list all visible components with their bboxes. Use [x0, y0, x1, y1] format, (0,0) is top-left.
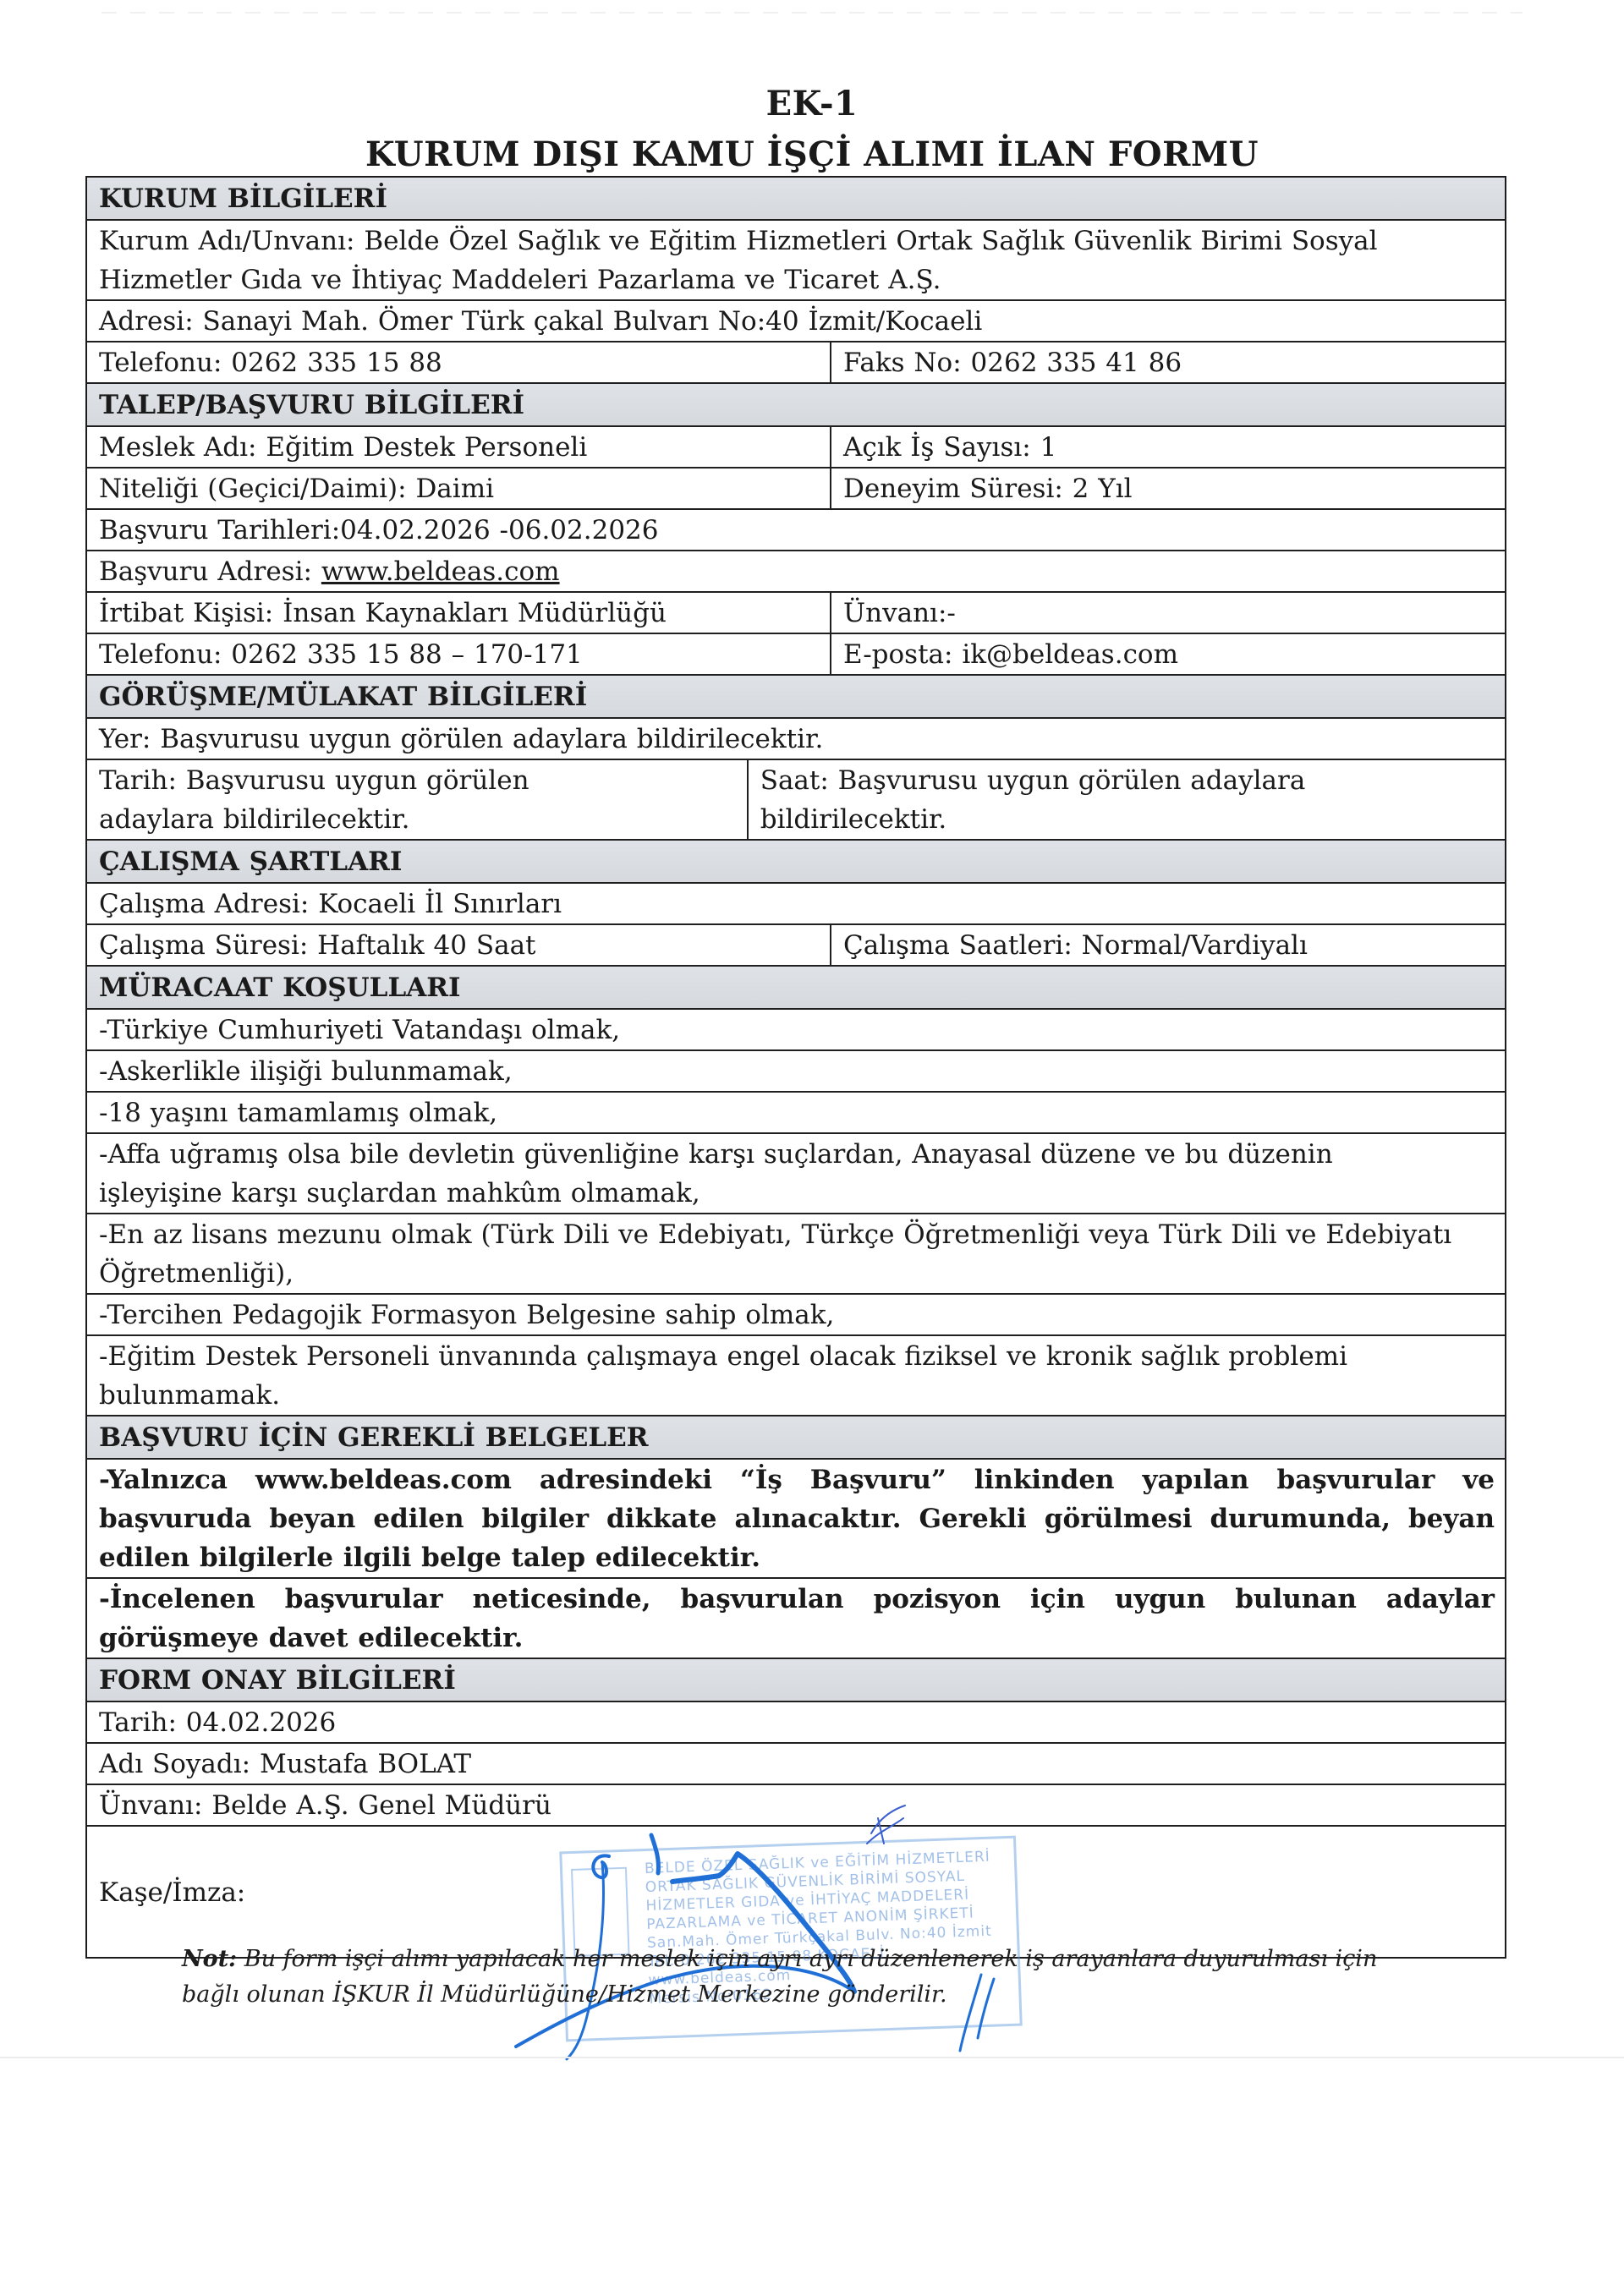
institution-address: Adresi: Sanayi Mah. Ömer Türk çakal Bulv… [87, 301, 1505, 341]
contact-phone: Telefonu: 0262 335 15 88 – 170-171 [87, 634, 831, 674]
work-duration: Çalışma Süresi: Haftalık 40 Saat [87, 925, 831, 965]
talep-occupation-row: Meslek Adı: Eğitim Destek Personeli Açık… [87, 425, 1505, 467]
talep-address-row: Başvuru Adresi: www.beldeas.com [87, 550, 1505, 591]
section-gorusme-header: GÖRÜŞME/MÜLAKAT BİLGİLERİ [87, 674, 1505, 717]
application-dates: Başvuru Tarihleri:04.02.2026 -06.02.2026 [87, 510, 1505, 550]
section-header: GÖRÜŞME/MÜLAKAT BİLGİLERİ [87, 676, 1505, 717]
section-header: MÜRACAAT KOŞULLARI [87, 967, 1505, 1008]
page-bottom-rule [0, 2057, 1624, 2058]
requirement-row: -Affa uğramış olsa bile devletin güvenli… [87, 1132, 1505, 1213]
section-header: TALEP/BAŞVURU BİLGİLERİ [87, 384, 1505, 425]
requirement-item: -Askerlikle ilişiği bulunmamak, [87, 1051, 1505, 1091]
document-requirement: -İncelenen başvurular neticesinde, başvu… [87, 1579, 1505, 1658]
onay-date-row: Tarih: 04.02.2026 [87, 1701, 1505, 1742]
application-address-label: Başvuru Adresi: [99, 556, 321, 587]
requirement-item: -Türkiye Cumhuriyeti Vatandaşı olmak, [87, 1010, 1505, 1049]
section-kurum-header: KURUM BİLGİLERİ [87, 178, 1505, 219]
contact-title: Ünvanı:- [831, 593, 1505, 633]
requirement-row: -18 yaşını tamamlamış olmak, [87, 1091, 1505, 1132]
requirement-row: -Tercihen Pedagojik Formasyon Belgesine … [87, 1293, 1505, 1334]
section-belgeler-header: BAŞVURU İÇİN GEREKLİ BELGELER [87, 1415, 1505, 1458]
approval-date: Tarih: 04.02.2026 [87, 1702, 1505, 1742]
application-address: Başvuru Adresi: www.beldeas.com [87, 551, 1505, 591]
open-positions: Açık İş Sayısı: 1 [831, 427, 1505, 467]
contact-email: E-posta: ik@beldeas.com [831, 634, 1505, 674]
institution-name: Kurum Adı/Unvanı: Belde Özel Sağlık ve E… [87, 221, 1505, 299]
application-website-link[interactable]: www.beldeas.com [321, 556, 560, 587]
interview-time: Saat: Başvurusu uygun görülen adaylara b… [749, 760, 1505, 839]
experience-duration: Deneyim Süresi: 2 Yıl [831, 469, 1505, 508]
document-requirement: -Yalnızca www.beldeas.com adresindeki “İ… [87, 1460, 1505, 1577]
institution-fax: Faks No: 0262 335 41 86 [831, 342, 1505, 382]
onay-title-row: Ünvanı: Belde A.Ş. Genel Müdürü [87, 1784, 1505, 1825]
interview-date: Tarih: Başvurusu uygun görülen adaylara … [87, 760, 749, 839]
kurum-address-row: Adresi: Sanayi Mah. Ömer Türk çakal Bulv… [87, 299, 1505, 341]
contact-person: İrtibat Kişisi: İnsan Kaynakları Müdürlü… [87, 593, 831, 633]
requirement-item: -Tercihen Pedagojik Formasyon Belgesine … [87, 1295, 1505, 1334]
requirement-row: -Eğitim Destek Personeli ünvanında çalış… [87, 1334, 1505, 1415]
gorusme-place-row: Yer: Başvurusu uygun görülen adaylara bi… [87, 717, 1505, 759]
documents-row: -Yalnızca www.beldeas.com adresindeki “İ… [87, 1458, 1505, 1577]
interview-place: Yer: Başvurusu uygun görülen adaylara bi… [87, 719, 1505, 759]
talep-nature-row: Niteliği (Geçici/Daimi): Daimi Deneyim S… [87, 467, 1505, 508]
form-title: KURUM DIŞI KAMU İŞÇİ ALIMI İLAN FORMU [0, 131, 1624, 178]
requirement-row: -Askerlikle ilişiği bulunmamak, [87, 1049, 1505, 1091]
section-header: KURUM BİLGİLERİ [87, 178, 1505, 219]
kurum-name-row: Kurum Adı/Unvanı: Belde Özel Sağlık ve E… [87, 219, 1505, 299]
note-label: Not: [182, 1946, 237, 1972]
requirement-item: -18 yaşını tamamlamış olmak, [87, 1093, 1505, 1132]
employment-nature: Niteliği (Geçici/Daimi): Daimi [87, 469, 831, 508]
institution-phone: Telefonu: 0262 335 15 88 [87, 342, 831, 382]
gorusme-datetime-row: Tarih: Başvurusu uygun görülen adaylara … [87, 759, 1505, 839]
work-hours: Çalışma Saatleri: Normal/Vardiyalı [831, 925, 1505, 965]
documents-row: -İncelenen başvurular neticesinde, başvu… [87, 1577, 1505, 1658]
talep-contact-row: İrtibat Kişisi: İnsan Kaynakları Müdürlü… [87, 591, 1505, 633]
kurum-contact-row: Telefonu: 0262 335 15 88 Faks No: 0262 3… [87, 341, 1505, 382]
section-header: ÇALIŞMA ŞARTLARI [87, 841, 1505, 882]
work-address: Çalışma Adresi: Kocaeli İl Sınırları [87, 884, 1505, 923]
talep-phone-row: Telefonu: 0262 335 15 88 – 170-171 E-pos… [87, 633, 1505, 674]
section-header: BAŞVURU İÇİN GEREKLİ BELGELER [87, 1417, 1505, 1458]
section-talep-header: TALEP/BAŞVURU BİLGİLERİ [87, 382, 1505, 425]
footnote: Not: Bu form işçi alımı yapılacak her me… [182, 1942, 1434, 2013]
note-text: Bu form işçi alımı yapılacak her meslek … [182, 1946, 1377, 2008]
section-calisma-header: ÇALIŞMA ŞARTLARI [87, 839, 1505, 882]
approver-title: Ünvanı: Belde A.Ş. Genel Müdürü [87, 1785, 1505, 1825]
scan-artifact [101, 12, 1522, 14]
requirement-item: -Eğitim Destek Personeli ünvanında çalış… [87, 1336, 1505, 1415]
requirement-item: -En az lisans mezunu olmak (Türk Dili ve… [87, 1214, 1505, 1293]
calisma-address-row: Çalışma Adresi: Kocaeli İl Sınırları [87, 882, 1505, 923]
section-muracaat-header: MÜRACAAT KOŞULLARI [87, 965, 1505, 1008]
calisma-duration-row: Çalışma Süresi: Haftalık 40 Saat Çalışma… [87, 923, 1505, 965]
occupation-name: Meslek Adı: Eğitim Destek Personeli [87, 427, 831, 467]
requirement-row: -En az lisans mezunu olmak (Türk Dili ve… [87, 1213, 1505, 1293]
talep-dates-row: Başvuru Tarihleri:04.02.2026 -06.02.2026 [87, 508, 1505, 550]
announcement-form-table: KURUM BİLGİLERİ Kurum Adı/Unvanı: Belde … [85, 176, 1506, 1959]
annex-label: EK-1 [0, 80, 1624, 128]
document-title-block: EK-1 KURUM DIŞI KAMU İŞÇİ ALIMI İLAN FOR… [0, 80, 1624, 178]
requirement-item: -Affa uğramış olsa bile devletin güvenli… [87, 1134, 1505, 1213]
section-header: FORM ONAY BİLGİLERİ [87, 1659, 1505, 1701]
approver-name: Adı Soyadı: Mustafa BOLAT [87, 1744, 1505, 1784]
requirement-row: -Türkiye Cumhuriyeti Vatandaşı olmak, [87, 1008, 1505, 1049]
section-onay-header: FORM ONAY BİLGİLERİ [87, 1658, 1505, 1701]
onay-name-row: Adı Soyadı: Mustafa BOLAT [87, 1742, 1505, 1784]
